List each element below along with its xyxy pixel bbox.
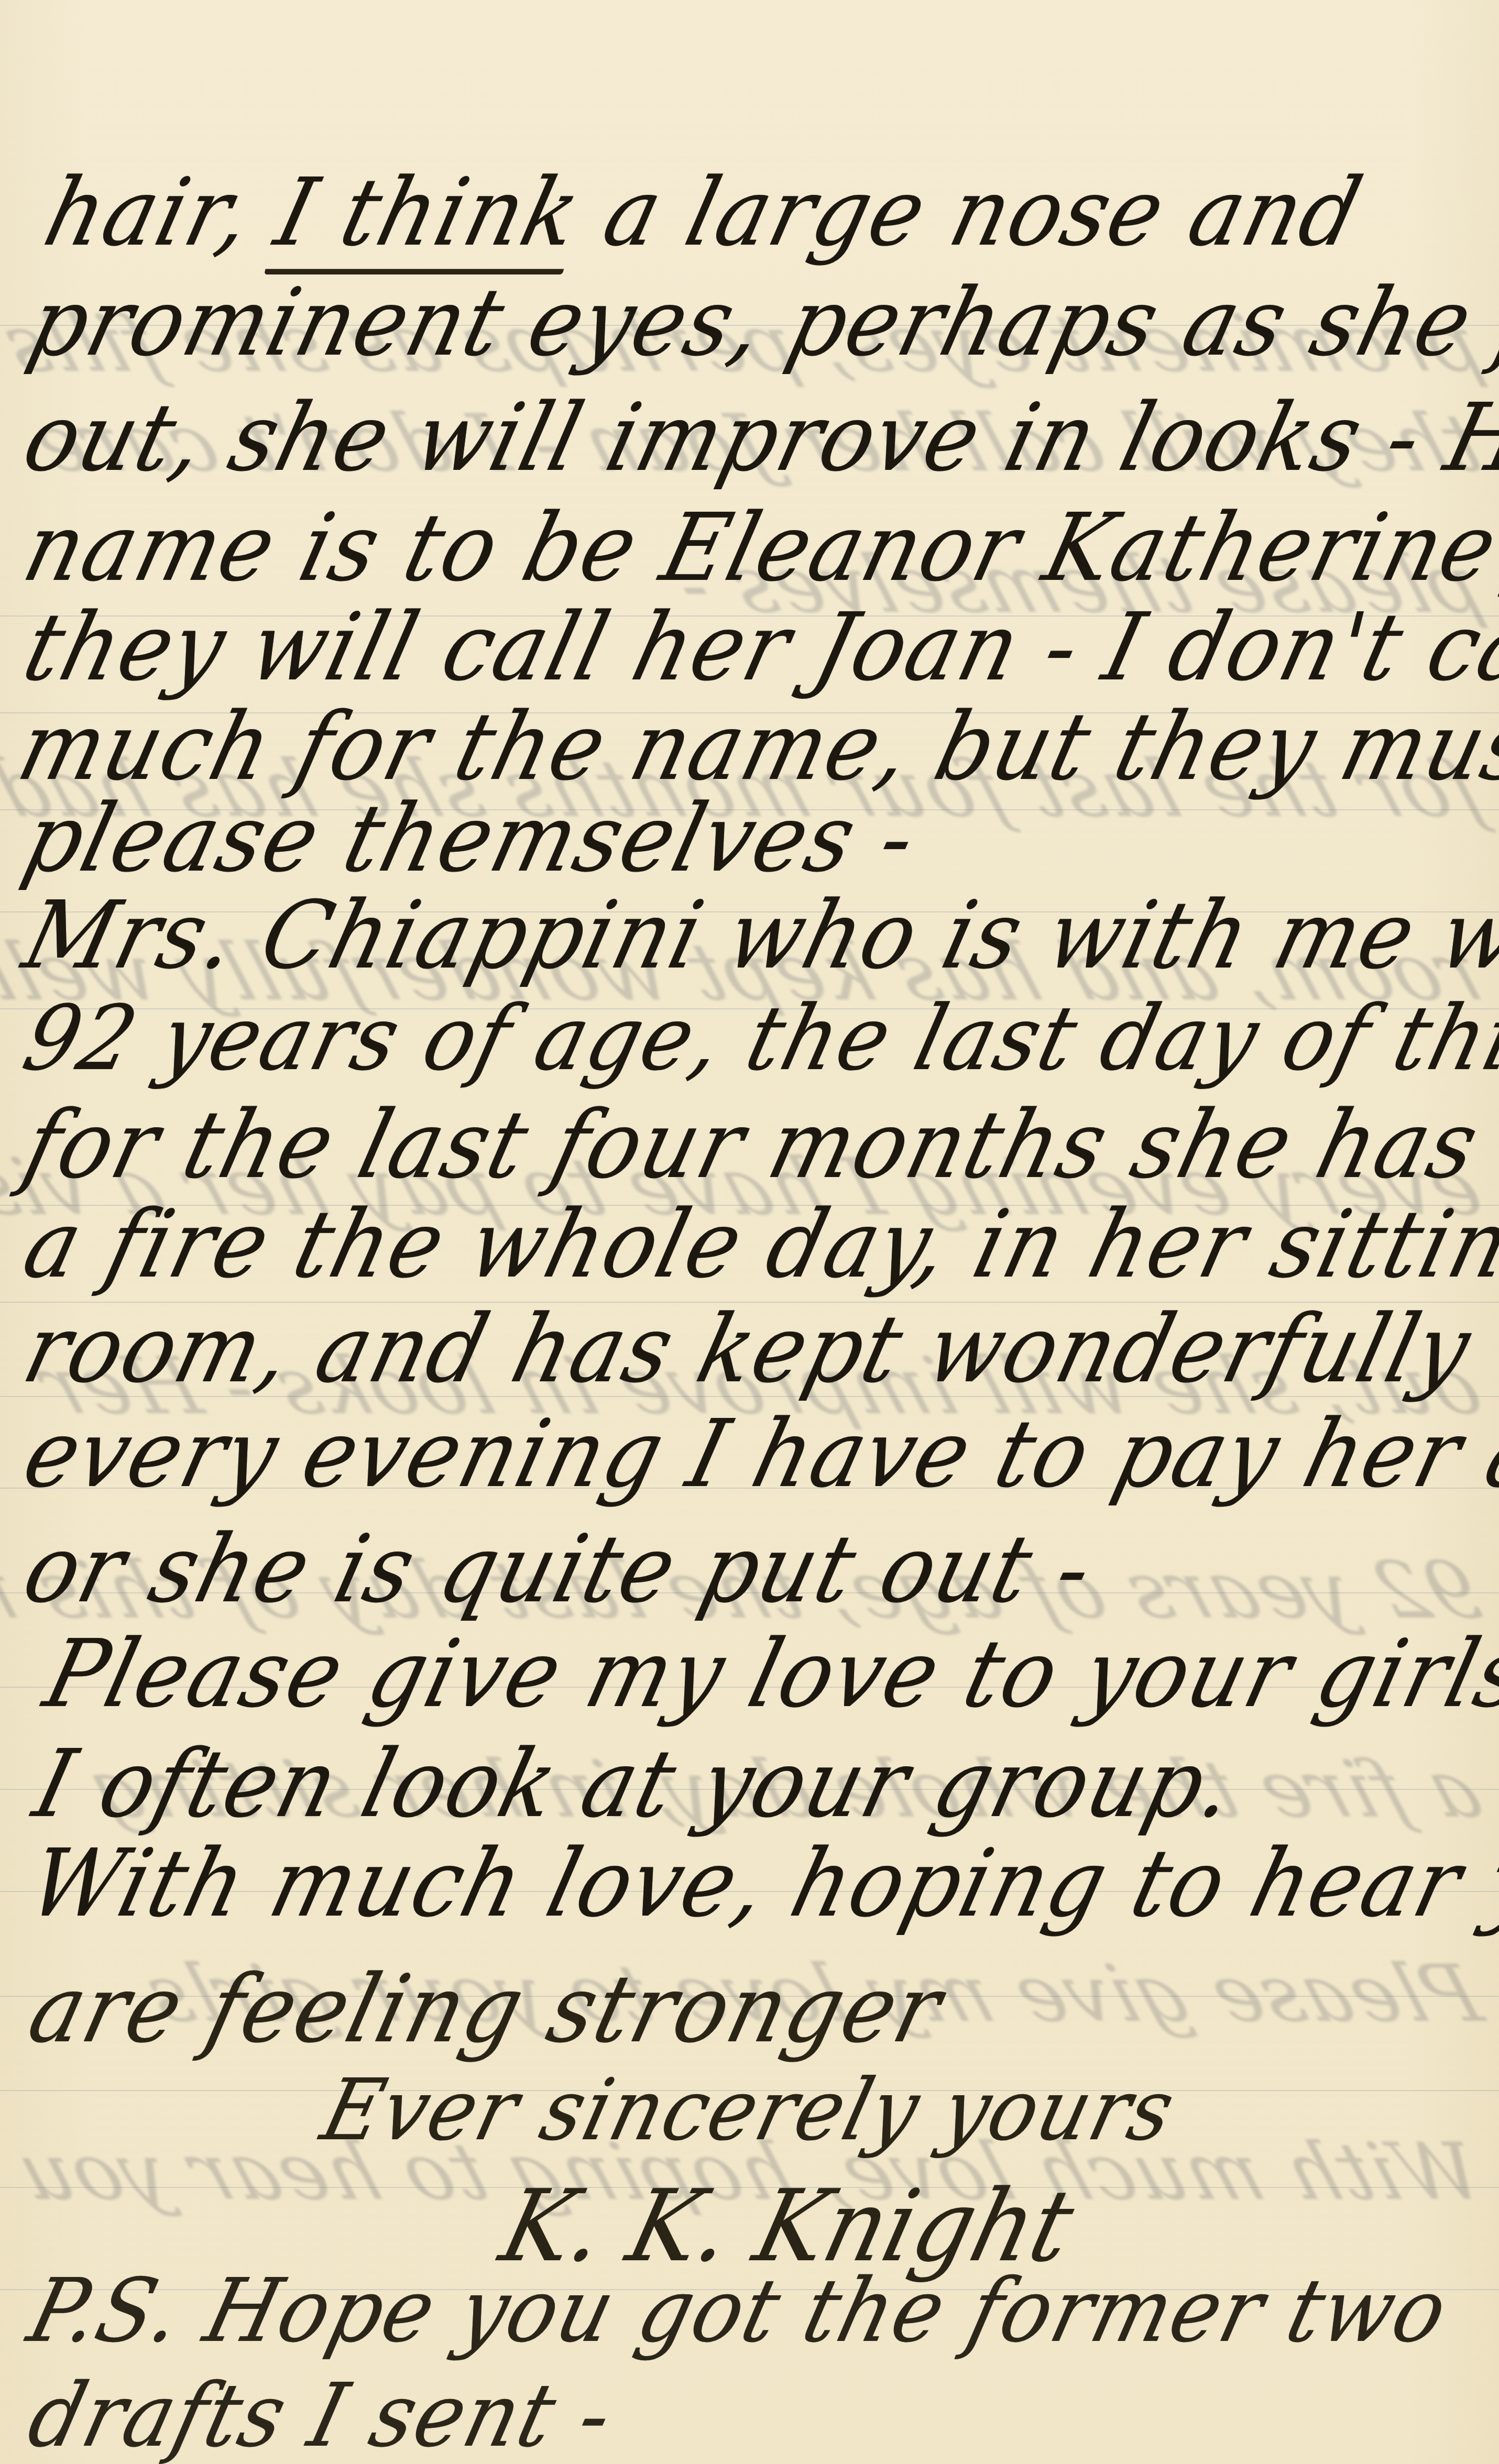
letter-line-7: please themselves - <box>16 792 925 885</box>
letter-line-8: Mrs. Chiappini who is with me will be <box>16 889 1499 982</box>
letter-line-17: With much love, hoping to hear you <box>21 1837 1499 1930</box>
letter-body: hair, I think a large nose and prominent… <box>0 0 1499 2464</box>
letter-line-5: they will call her Joan - I don't care <box>16 601 1499 694</box>
letter-line-10: for the last four months she has had <box>16 1098 1499 1192</box>
underlined-phrase: I think <box>264 158 592 274</box>
letter-line-18: are feeling stronger <box>21 1963 951 2056</box>
line-text: hair, <box>35 158 293 267</box>
letter-page: prominent eyes, perhaps as she fills the… <box>0 0 1499 2464</box>
letter-line-4: name is to be Eleanor Katherine Joan. <box>16 501 1499 595</box>
letter-line-16: I often look at your group. <box>26 1737 1244 1831</box>
line-text: a large nose and <box>565 158 1373 267</box>
letter-line-13: every evening I have to pay her a visit <box>16 1407 1499 1501</box>
letter-line-9: 92 years of age, the last day of this mo… <box>16 994 1499 1083</box>
letter-line-1: hair, I think a large nose and <box>37 166 1371 259</box>
letter-line-15: Please give my love to your girls <box>37 1627 1499 1721</box>
letter-line-3: out, she will improve in looks - Her <box>16 391 1499 485</box>
letter-line-2: prominent eyes, perhaps as she fills <box>21 276 1499 369</box>
letter-line-11: a fire the whole day, in her sitting <box>16 1198 1499 1291</box>
postscript-line-1: P.S. Hope you got the former two <box>21 2267 1457 2355</box>
postscript-line-2: drafts I sent - <box>21 2372 621 2459</box>
letter-closing: Ever sincerely yours <box>314 2068 1183 2153</box>
letter-line-6: much for the name, but they must <box>10 700 1499 794</box>
letter-line-14: or she is quite put out - <box>16 1523 1102 1616</box>
letter-line-12: room, and has kept wonderfully well, <box>16 1303 1499 1396</box>
